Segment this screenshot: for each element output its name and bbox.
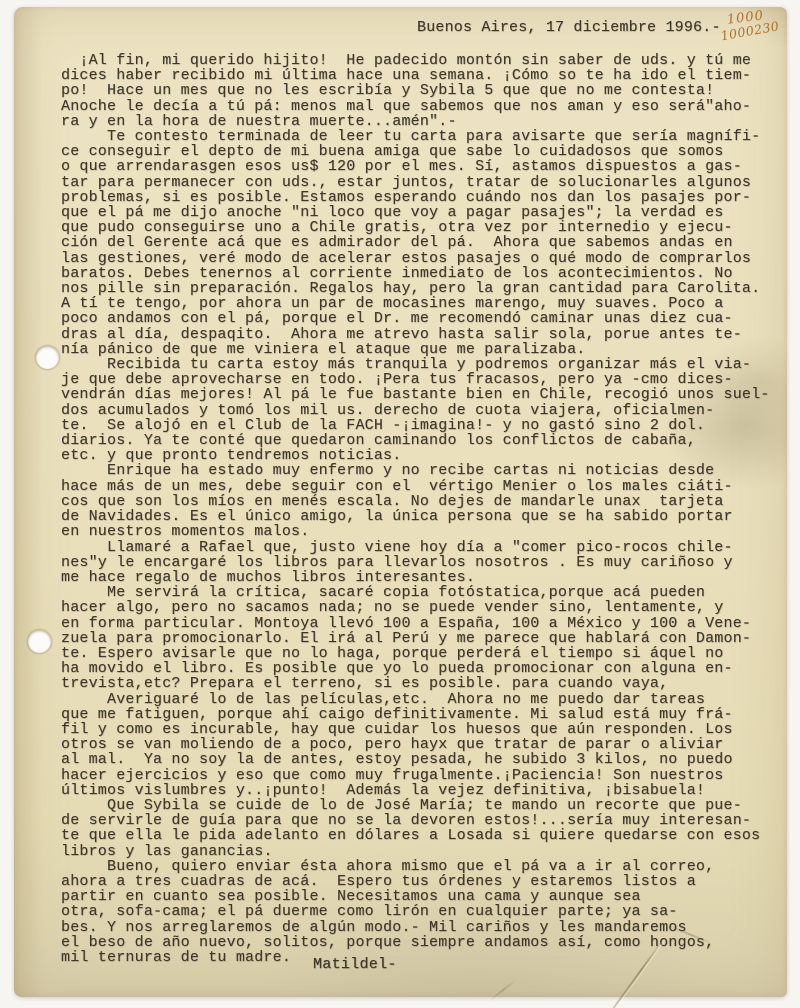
punch-hole-bottom — [28, 630, 51, 653]
date-line: Buenos Aires, 17 diciembre 1996.- — [417, 19, 721, 36]
letter-body: ¡Al fin, mi querido hijito! He padecido … — [61, 53, 770, 965]
crease-bottom-center — [489, 979, 517, 1001]
signature: Matildel- — [313, 956, 397, 973]
scan-background: 1000 1000230 Buenos Aires, 17 diciembre … — [0, 0, 800, 1008]
letter-page: 1000 1000230 Buenos Aires, 17 diciembre … — [14, 7, 787, 997]
punch-hole-top — [36, 346, 59, 369]
